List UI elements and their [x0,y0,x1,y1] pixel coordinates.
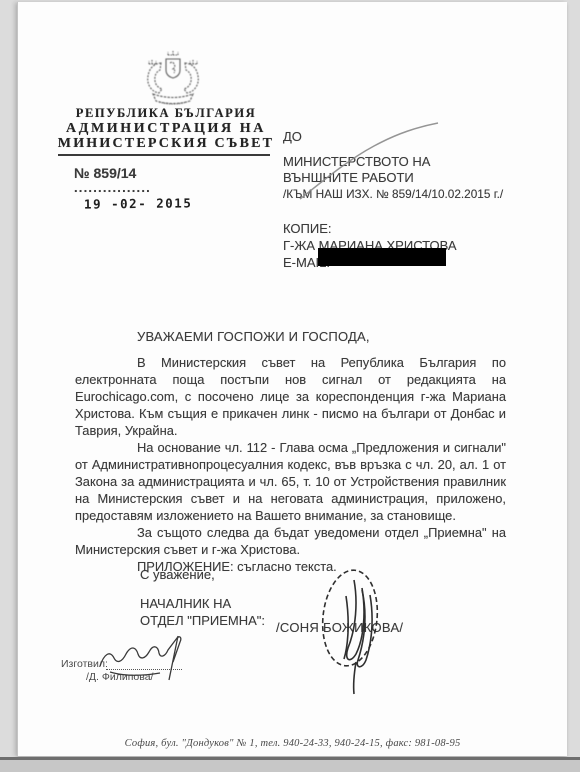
document-page: РЕПУБЛИКА БЪЛГАРИЯ АДМИНИСТРАЦИЯ НА МИНИ… [17,2,567,756]
reference-number: № 859/14 [74,165,136,181]
body-paragraph: На основание чл. 112 - Глава осма „Предл… [75,439,506,524]
letterhead-org-line2: МИНИСТЕРСКИЯ СЪВЕТ [46,136,286,152]
letterhead-rule [58,154,270,156]
letterhead-org-line1: АДМИНИСТРАЦИЯ НА [46,121,286,137]
body-paragraph: В Министерския съвет на Република Българ… [75,354,506,439]
footer-address: София, бул. "Дондуков" № 1, тел. 940-24-… [18,738,567,749]
coat-of-arms-icon [135,50,211,114]
signer-title-line1: НАЧАЛНИК НА [140,596,231,611]
pen-checkmark-icon [288,115,448,215]
email-redaction-bar [318,248,446,266]
letterhead-country: РЕПУБЛИКА БЪЛГАРИЯ [46,106,286,121]
signer-title-line2: ОТДЕЛ "ПРИЕМНА": [140,613,265,628]
copy-label: КОПИЕ: [283,221,332,236]
salutation: УВАЖАЕМИ ГОСПОЖИ И ГОСПОДА, [137,329,370,344]
date-stamp: 19 -02- 2015 [84,195,192,211]
signature-icon [258,542,438,702]
initials-signature-icon [80,632,210,690]
reference-dotted-line: ................ [74,180,151,195]
closing-regards: С уважение, [140,567,215,582]
scan-bottom-edge [0,757,580,772]
